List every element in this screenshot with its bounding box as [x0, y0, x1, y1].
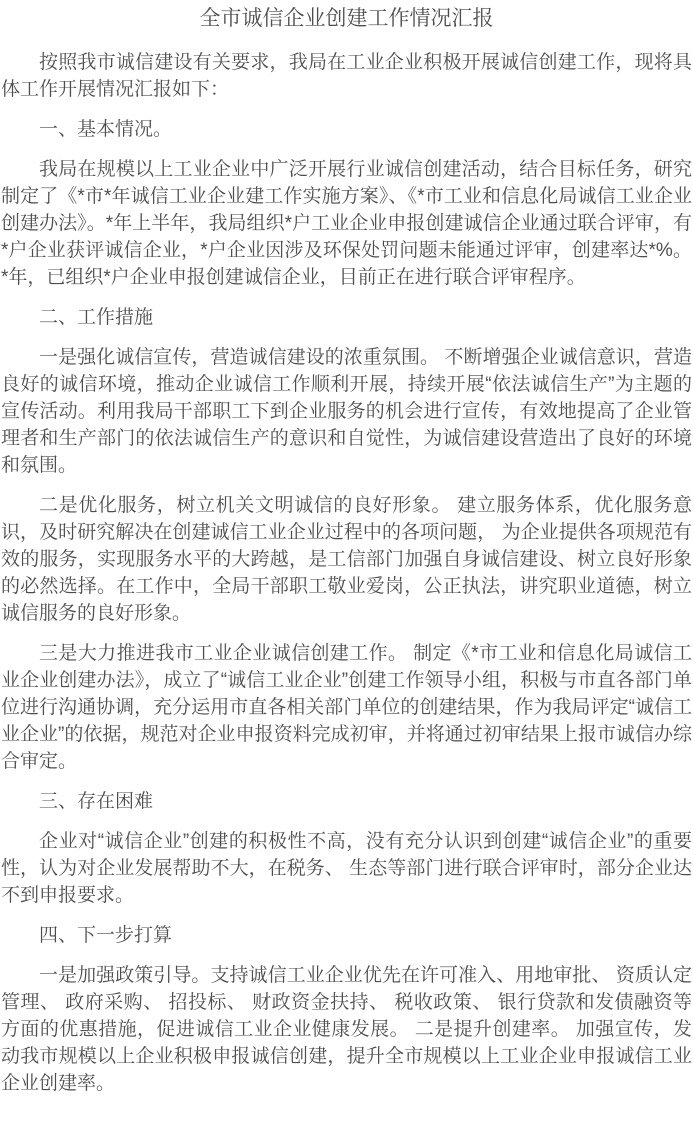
section-2-paragraph-3: 三是大力推进我市工业企业诚信创建工作。 制定《*市工业和信息化局诚信工业企业创建… — [1, 640, 692, 775]
section-heading-1: 一、基本情况。 — [1, 116, 692, 143]
report-document: 全市诚信企业创建工作情况汇报 按照我市诚信建设有关要求，我局在工业企业积极开展诚… — [0, 0, 693, 1130]
section-heading-4: 四、下一步打算 — [1, 922, 692, 949]
section-heading-2: 二、工作措施 — [1, 304, 692, 331]
section-heading-3: 三、存在困难 — [1, 788, 692, 815]
section-4-paragraph: 一是加强政策引导。支持诚信工业企业优先在许可准入、用地审批、 资质认定管理、 政… — [1, 962, 692, 1097]
section-1-paragraph: 我局在规模以上工业企业中广泛开展行业诚信创建活动，结合目标任务，研究制定了《*市… — [1, 156, 692, 291]
intro-paragraph: 按照我市诚信建设有关要求，我局在工业企业积极开展诚信创建工作，现将具体工作开展情… — [1, 49, 692, 103]
section-2-paragraph-2: 二是优化服务，树立机关文明诚信的良好形象。 建立服务体系，优化服务意识，及时研究… — [1, 492, 692, 627]
document-title: 全市诚信企业创建工作情况汇报 — [1, 4, 692, 34]
section-3-paragraph: 企业对“诚信企业”创建的积极性不高，没有充分认识到创建“诚信企业”的重要性，认为… — [1, 828, 692, 909]
section-2-paragraph-1: 一是强化诚信宣传，营造诚信建设的浓重氛围。 不断增强企业诚信意识，营造良好的诚信… — [1, 344, 692, 479]
